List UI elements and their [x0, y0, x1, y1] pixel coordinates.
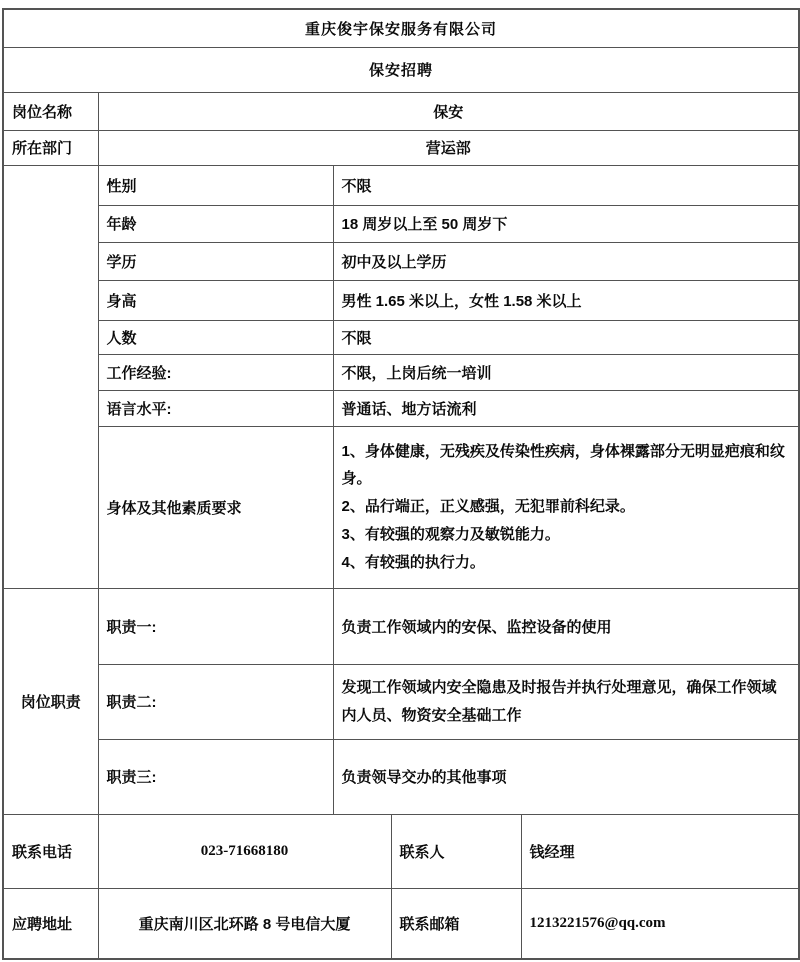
req-quality-value: 1、身体健康，无残疾及传染性疾病，身体裸露部分无明显疤痕和纹身。 2、品行端正，…	[333, 426, 799, 588]
duty-3-value: 负责领导交办的其他事项	[333, 739, 799, 814]
contact-email-label: 联系邮箱	[391, 888, 521, 959]
company-title: 重庆俊宇保安服务有限公司	[3, 9, 799, 47]
position-name-value: 保安	[98, 92, 799, 130]
req-gender-value: 不限	[333, 165, 799, 205]
form-subtitle: 保安招聘	[3, 47, 799, 92]
req-language-label: 语言水平:	[98, 390, 333, 426]
req-education-value: 初中及以上学历	[333, 242, 799, 280]
req-experience-value: 不限，上岗后统一培训	[333, 354, 799, 390]
contact-person-value: 钱经理	[521, 814, 799, 888]
req-language-value: 普通话、地方话流利	[333, 390, 799, 426]
req-quality-label: 身体及其他素质要求	[98, 426, 333, 588]
department-label: 所在部门	[3, 130, 98, 165]
contact-address-label: 应聘地址	[3, 888, 98, 959]
req-height-value: 男性 1.65 米以上，女性 1.58 米以上	[333, 280, 799, 320]
quality-item-4: 4、有较强的执行力。	[342, 549, 791, 577]
duty-3-label: 职责三:	[98, 739, 333, 814]
duty-1-value: 负责工作领域内的安保、监控设备的使用	[333, 588, 799, 664]
contact-phone-label: 联系电话	[3, 814, 98, 888]
contact-address-value: 重庆南川区北环路 8 号电信大厦	[98, 888, 391, 959]
document-page: 重庆俊宇保安服务有限公司 保安招聘 岗位名称 保安 所在部门 营运部 性别 不限…	[0, 0, 800, 962]
quality-item-1: 1、身体健康，无残疾及传染性疾病，身体裸露部分无明显疤痕和纹身。	[342, 438, 791, 494]
department-value: 营运部	[98, 130, 799, 165]
req-height-label: 身高	[98, 280, 333, 320]
contact-phone-value: 023-71668180	[98, 814, 391, 888]
req-experience-label: 工作经验:	[98, 354, 333, 390]
requirements-section-cell	[3, 165, 98, 588]
req-education-label: 学历	[98, 242, 333, 280]
contact-person-label: 联系人	[391, 814, 521, 888]
contact-email-value: 1213221576@qq.com	[521, 888, 799, 959]
req-headcount-value: 不限	[333, 320, 799, 354]
req-headcount-label: 人数	[98, 320, 333, 354]
quality-item-2: 2、品行端正，正义感强，无犯罪前科纪录。	[342, 493, 791, 521]
req-age-label: 年龄	[98, 205, 333, 242]
req-gender-label: 性别	[98, 165, 333, 205]
req-age-value: 18 周岁以上至 50 周岁下	[333, 205, 799, 242]
duty-1-label: 职责一:	[98, 588, 333, 664]
duties-section-label: 岗位职责	[3, 588, 98, 814]
quality-item-3: 3、有较强的观察力及敏锐能力。	[342, 521, 791, 549]
recruitment-table: 重庆俊宇保安服务有限公司 保安招聘 岗位名称 保安 所在部门 营运部 性别 不限…	[2, 8, 800, 960]
duty-2-value: 发现工作领域内安全隐患及时报告并执行处理意见，确保工作领域内人员、物资安全基础工…	[333, 664, 799, 739]
duty-2-label: 职责二:	[98, 664, 333, 739]
position-name-label: 岗位名称	[3, 92, 98, 130]
